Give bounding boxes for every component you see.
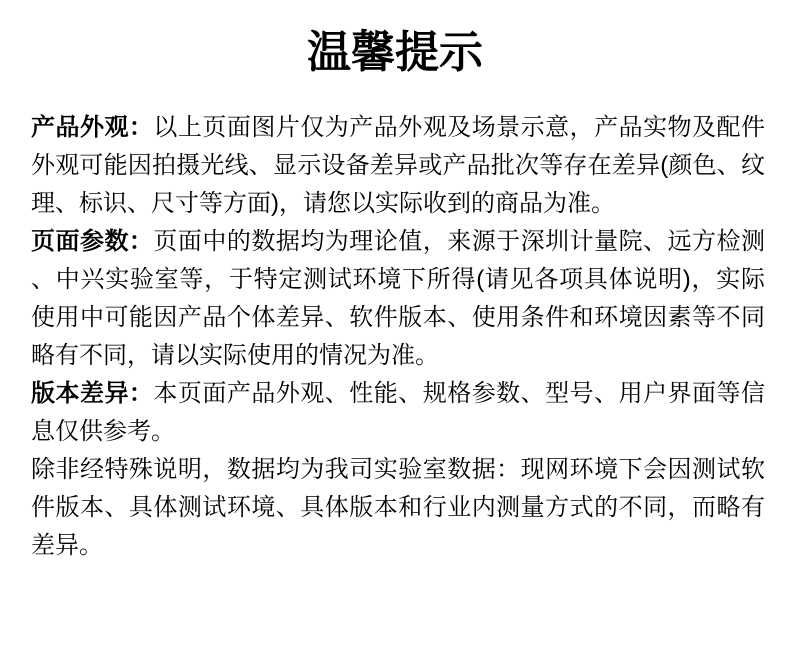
notice-paragraph-version-difference: 版本差异：本页面产品外观、性能、规格参数、型号、用户界面等信息仅供参考。 — [31, 375, 765, 451]
paragraph-text-lab-data: 除非经特殊说明，数据均为我司实验室数据：现网环境下会因测试软件版本、具体测试环境… — [31, 456, 765, 559]
paragraph-label-page-parameters: 页面参数： — [31, 228, 153, 255]
notice-body: 产品外观：以上页面图片仅为产品外观及场景示意，产品实物及配件外观可能因拍摄光线、… — [31, 109, 765, 565]
notice-paragraph-lab-data: 除非经特殊说明，数据均为我司实验室数据：现网环境下会因测试软件版本、具体测试环境… — [31, 451, 765, 565]
notice-page: 温馨提示 产品外观：以上页面图片仅为产品外观及场景示意，产品实物及配件外观可能因… — [0, 0, 790, 649]
paragraph-label-version-difference: 版本差异： — [31, 380, 153, 407]
notice-paragraph-product-appearance: 产品外观：以上页面图片仅为产品外观及场景示意，产品实物及配件外观可能因拍摄光线、… — [31, 109, 765, 223]
notice-paragraph-page-parameters: 页面参数：页面中的数据均为理论值，来源于深圳计量院、远方检测、中兴实验室等，于特… — [31, 223, 765, 375]
page-title: 温馨提示 — [0, 0, 790, 81]
paragraph-label-product-appearance: 产品外观： — [31, 114, 153, 141]
